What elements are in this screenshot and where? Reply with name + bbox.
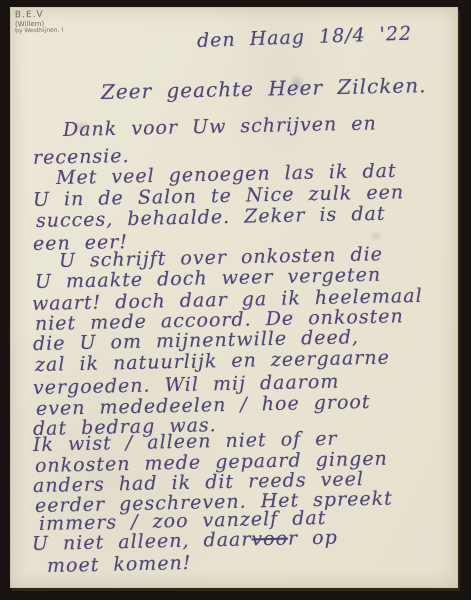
dateline: den Haag 18/4 '22: [197, 22, 413, 51]
strike-pre: U niet alleen, daar: [32, 528, 252, 555]
archival-note-line: by Westhijnen. I: [15, 28, 63, 36]
letter-line: Dank voor Uw schrijven en: [63, 112, 377, 141]
letter-paper: B.E.V (Willem) by Westhijnen. I den Haag…: [10, 7, 458, 588]
struck-word: voo: [251, 528, 288, 551]
letter-line: moet komen!: [47, 552, 192, 577]
paper-stain: [369, 230, 383, 242]
salutation: Zeer geachte Heer Zilcken.: [101, 73, 427, 104]
archival-note: B.E.V (Willem) by Westhijnen. I: [15, 10, 63, 36]
strike-post: r op: [288, 527, 338, 550]
